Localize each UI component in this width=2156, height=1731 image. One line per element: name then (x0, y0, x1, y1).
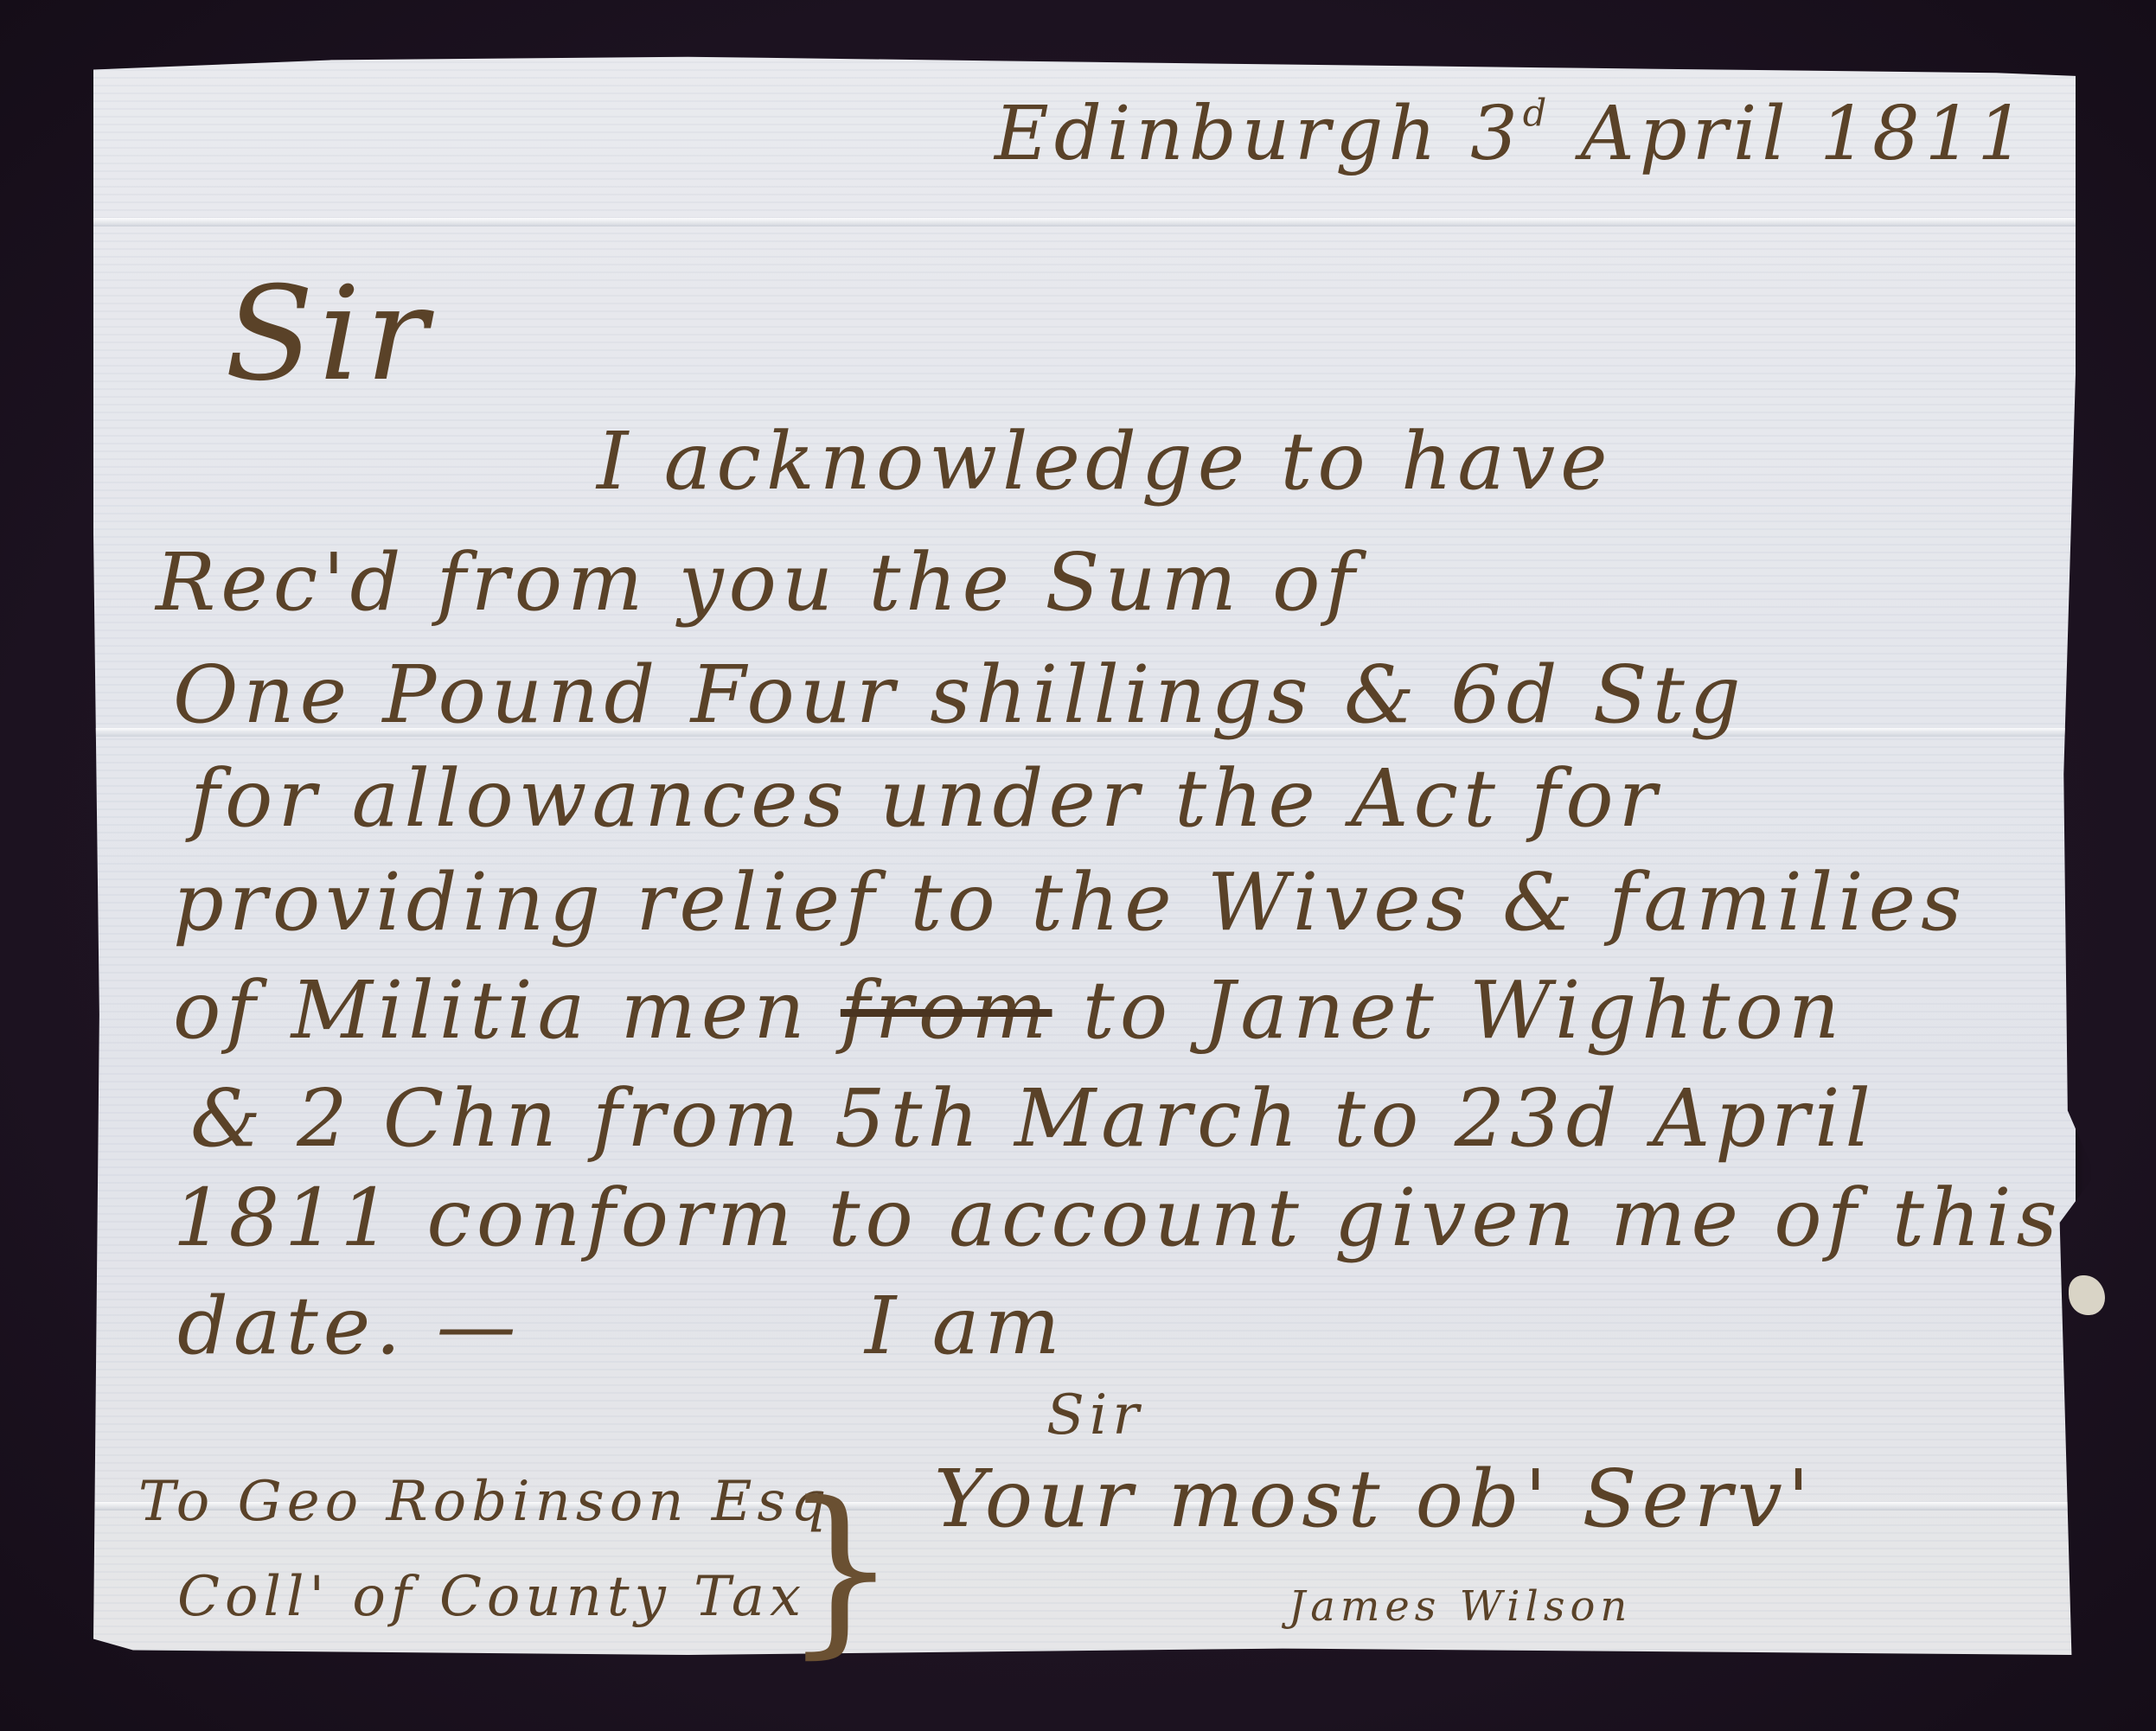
body-line-1: I acknowledge to have (597, 415, 1613, 508)
closing-i-am: I am (865, 1280, 1065, 1372)
body-line-8: 1811 conform to account given me of this (173, 1172, 2063, 1264)
body-line-3: One Pound Four shillings & 6d Stg (173, 648, 1746, 741)
closing-sir: Sir (1046, 1383, 1144, 1447)
date-month: April (1581, 91, 1791, 177)
body-line-9: date. — (177, 1280, 521, 1372)
letter-dateline: Edinburgh 3d April 1811 (995, 91, 2030, 177)
body-line-6: of Militia men from to Janet Wighton (173, 964, 1845, 1057)
place-name: Edinburgh (995, 91, 1442, 177)
date-year: 1811 (1820, 91, 2030, 177)
body-line-5: providing relief to the Wives & families (173, 856, 1967, 949)
body-line-6-pre: of Militia men (173, 964, 810, 1057)
curly-brace: } (783, 1479, 899, 1660)
struck-word: from (841, 964, 1052, 1057)
body-line-4: for allowances under the Act for (190, 752, 1662, 845)
date-day: 3 (1470, 91, 1523, 177)
closing-your-servant: Your most ob' Serv' (934, 1453, 1814, 1545)
paper-fold-line (93, 218, 2076, 227)
body-line-2: Rec'd from you the Sum of (156, 536, 1360, 629)
addressee-line-1: To Geo Robinson Esq (138, 1470, 831, 1534)
addressee-line-2: Coll' of County Tax (177, 1565, 806, 1629)
body-line-6-post: to Janet Wighton (1083, 964, 1845, 1057)
salutation: Sir (225, 259, 432, 410)
body-line-7: & 2 Chn from 5th March to 23d April (190, 1072, 1876, 1165)
signature: James Wilson (1289, 1582, 1632, 1631)
date-day-suffix: d (1523, 92, 1552, 135)
